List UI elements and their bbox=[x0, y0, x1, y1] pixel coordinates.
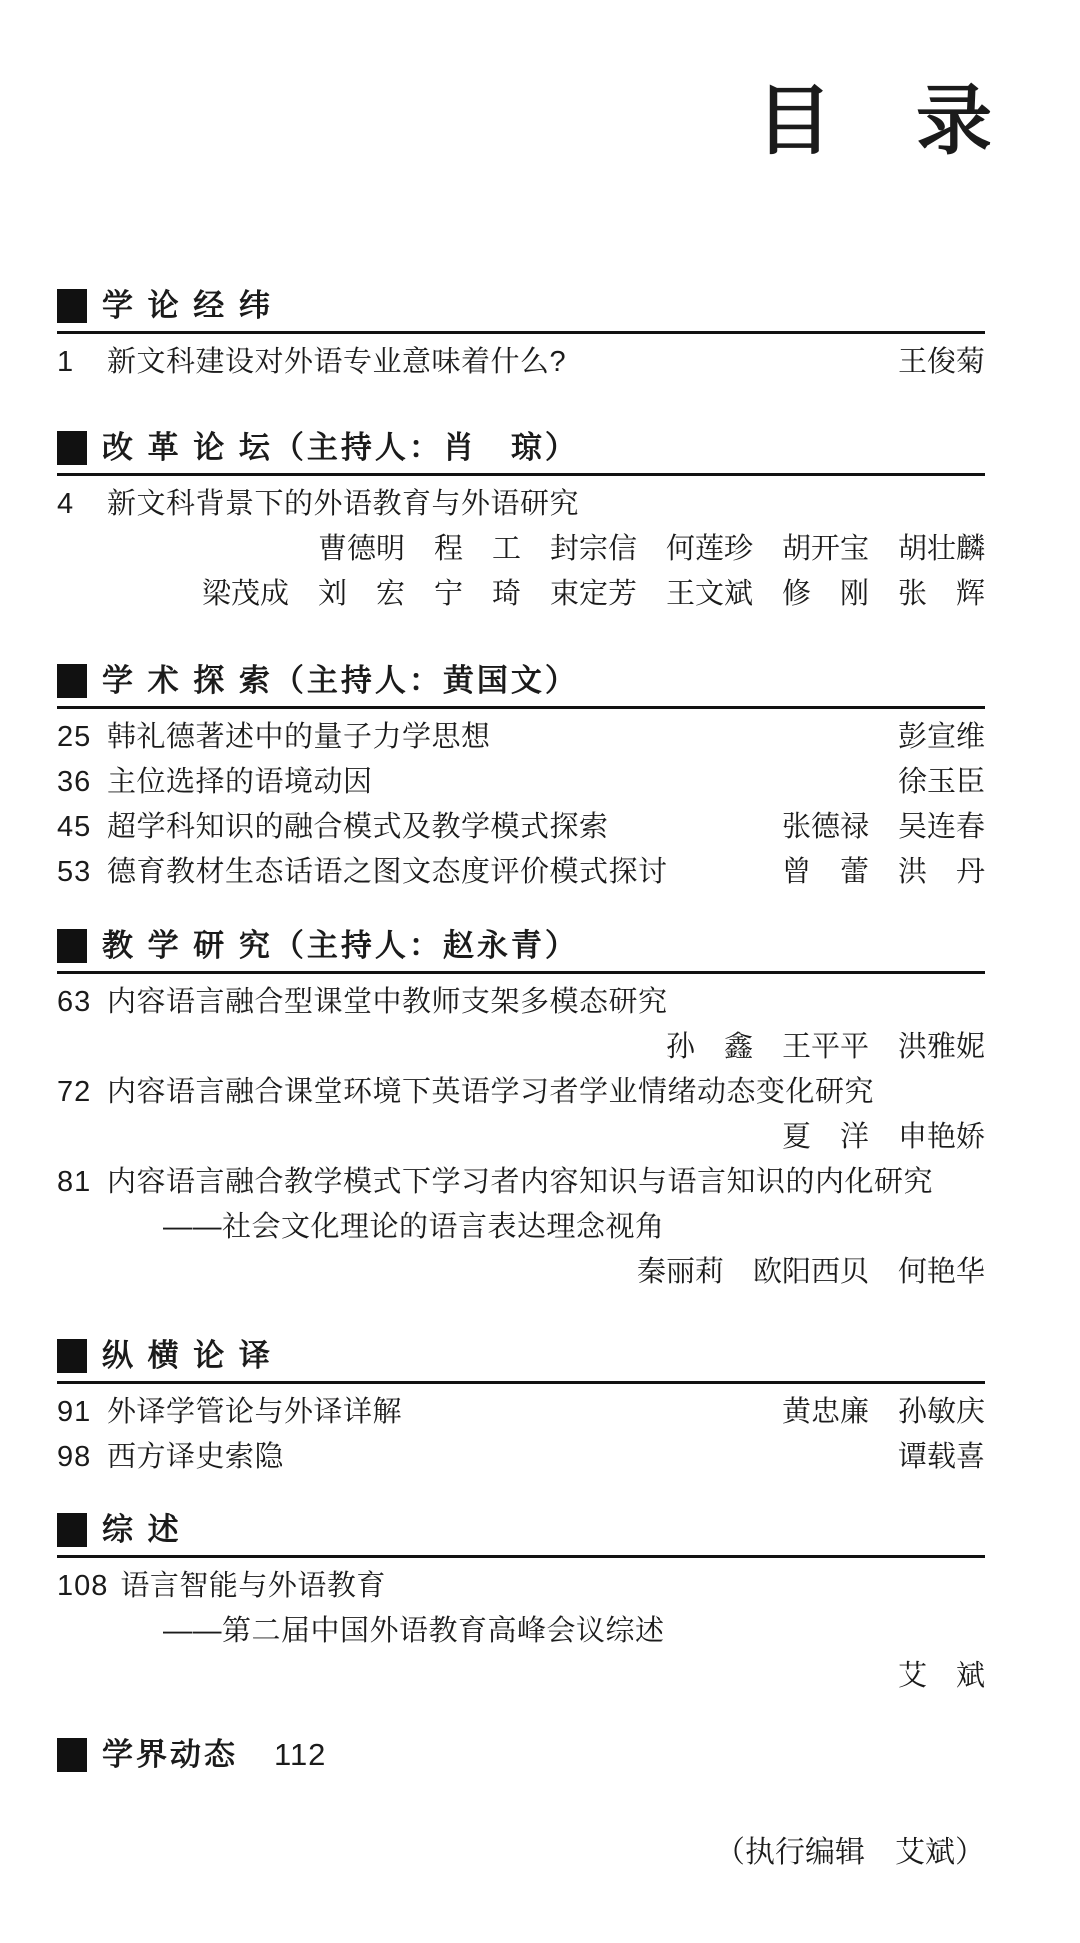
entry-authors: 曾 蕾 洪 丹 bbox=[782, 850, 985, 895]
toc-entry: 98 西方译史索隐 谭载喜 bbox=[57, 1435, 985, 1480]
section-zonghenglunyi: 纵 横 论 译 91 外译学管论与外译详解 黄忠廉 孙敏庆 98 西方译史索隐 … bbox=[57, 1336, 985, 1480]
toc-entry: 25 韩礼德著述中的量子力学思想 彭宣维 bbox=[57, 715, 985, 760]
section-heading-label: 改 革 论 坛（主持人：肖 琼） bbox=[102, 428, 579, 468]
section-xueshutansuo: 学 术 探 索（主持人：黄国文） 25 韩礼德著述中的量子力学思想 彭宣维 36… bbox=[57, 661, 985, 895]
entry-subtitle: ——第二届中国外语教育高峰会议综述 bbox=[57, 1609, 985, 1654]
entry-page-number: 81 bbox=[57, 1160, 95, 1205]
section-jiaoxueyanjiu: 教 学 研 究（主持人：赵永青） 63 内容语言融合型课堂中教师支架多模态研究 … bbox=[57, 926, 985, 1295]
entry-title: 德育教材生态话语之图文态度评价模式探讨 bbox=[107, 850, 762, 895]
author-line: 梁茂成 刘 宏 宁 琦 束定芳 王文斌 修 刚 张 辉 bbox=[57, 572, 985, 617]
entry-page-number: 98 bbox=[57, 1435, 95, 1480]
section-heading: 教 学 研 究（主持人：赵永青） bbox=[57, 926, 985, 966]
toc-entry: 53 德育教材生态话语之图文态度评价模式探讨 曾 蕾 洪 丹 bbox=[57, 850, 985, 895]
section-gaigeluntan: 改 革 论 坛（主持人：肖 琼） 4 新文科背景下的外语教育与外语研究 曹德明 … bbox=[57, 428, 985, 617]
section-heading-label: 教 学 研 究（主持人：赵永青） bbox=[102, 926, 579, 966]
toc-entry: 108 语言智能与外语教育 bbox=[57, 1564, 985, 1609]
entry-title: 韩礼德著述中的量子力学思想 bbox=[107, 715, 878, 760]
entry-title: 内容语言融合型课堂中教师支架多模态研究 bbox=[107, 980, 985, 1025]
section-bullet-icon bbox=[57, 431, 87, 465]
section-heading: 学 术 探 索（主持人：黄国文） bbox=[57, 661, 985, 701]
section-heading: 综 述 bbox=[57, 1510, 985, 1550]
section-rule bbox=[57, 473, 985, 476]
entry-title: 内容语言融合教学模式下学习者内容知识与语言知识的内化研究 bbox=[107, 1160, 985, 1205]
section-bullet-icon bbox=[57, 289, 87, 323]
section-xuejiedongtai: 学界动态 112 bbox=[57, 1735, 985, 1775]
section-rule bbox=[57, 706, 985, 709]
entry-page-number: 4 bbox=[57, 482, 95, 527]
section-page-number: 112 bbox=[274, 1735, 326, 1775]
toc-page: 目 录 学 论 经 纬 1 新文科建设对外语专业意味着什么? 王俊菊 改 革 论… bbox=[0, 0, 1080, 1943]
toc-entry: 91 外译学管论与外译详解 黄忠廉 孙敏庆 bbox=[57, 1390, 985, 1435]
section-heading-label: 学 论 经 纬 bbox=[102, 286, 273, 326]
entry-title: 主位选择的语境动因 bbox=[107, 760, 878, 805]
section-bullet-icon bbox=[57, 929, 87, 963]
entry-authors: 谭载喜 bbox=[898, 1435, 985, 1480]
section-rule bbox=[57, 1555, 985, 1558]
entry-authors: 张德禄 吴连春 bbox=[782, 805, 985, 850]
section-bullet-icon bbox=[57, 1339, 87, 1373]
section-bullet-icon bbox=[57, 664, 87, 698]
author-line: 秦丽莉 欧阳西贝 何艳华 bbox=[57, 1250, 985, 1295]
author-line: 夏 洋 申艳娇 bbox=[57, 1115, 985, 1160]
section-heading: 纵 横 论 译 bbox=[57, 1336, 985, 1376]
entry-page-number: 108 bbox=[57, 1564, 108, 1609]
entry-page-number: 91 bbox=[57, 1390, 95, 1435]
author-line: 艾 斌 bbox=[57, 1654, 985, 1699]
entry-page-number: 1 bbox=[57, 340, 95, 385]
section-heading: 学 论 经 纬 bbox=[57, 286, 985, 326]
entry-authors: 黄忠廉 孙敏庆 bbox=[782, 1390, 985, 1435]
entry-title: 新文科背景下的外语教育与外语研究 bbox=[107, 482, 985, 527]
section-rule bbox=[57, 331, 985, 334]
entry-page-number: 45 bbox=[57, 805, 95, 850]
entry-page-number: 25 bbox=[57, 715, 95, 760]
section-xuelunjingwei: 学 论 经 纬 1 新文科建设对外语专业意味着什么? 王俊菊 bbox=[57, 286, 985, 385]
author-line: 曹德明 程 工 封宗信 何莲珍 胡开宝 胡壮麟 bbox=[57, 527, 985, 572]
entry-page-number: 63 bbox=[57, 980, 95, 1025]
section-bullet-icon bbox=[57, 1513, 87, 1547]
toc-entry: 63 内容语言融合型课堂中教师支架多模态研究 bbox=[57, 980, 985, 1025]
section-heading-label: 学 术 探 索（主持人：黄国文） bbox=[102, 661, 579, 701]
entry-title: 西方译史索隐 bbox=[107, 1435, 878, 1480]
entry-authors: 王俊菊 bbox=[898, 340, 985, 385]
entry-subtitle: ——社会文化理论的语言表达理念视角 bbox=[57, 1205, 985, 1250]
entry-page-number: 53 bbox=[57, 850, 95, 895]
section-rule bbox=[57, 1381, 985, 1384]
entry-title: 新文科建设对外语专业意味着什么? bbox=[107, 340, 878, 385]
entry-title: 内容语言融合课堂环境下英语学习者学业情绪动态变化研究 bbox=[107, 1070, 985, 1115]
section-heading-label: 纵 横 论 译 bbox=[102, 1336, 273, 1376]
section-rule bbox=[57, 971, 985, 974]
entry-title: 语言智能与外语教育 bbox=[120, 1564, 985, 1609]
entry-authors: 彭宣维 bbox=[898, 715, 985, 760]
section-heading: 学界动态 112 bbox=[57, 1735, 985, 1775]
section-heading-label: 学界动态 bbox=[102, 1735, 238, 1775]
section-bullet-icon bbox=[57, 1738, 87, 1772]
entry-authors: 徐玉臣 bbox=[898, 760, 985, 805]
toc-entry: 72 内容语言融合课堂环境下英语学习者学业情绪动态变化研究 bbox=[57, 1070, 985, 1115]
entry-page-number: 36 bbox=[57, 760, 95, 805]
toc-entry: 81 内容语言融合教学模式下学习者内容知识与语言知识的内化研究 bbox=[57, 1160, 985, 1205]
author-line: 孙 鑫 王平平 洪雅妮 bbox=[57, 1025, 985, 1070]
page-title: 目 录 bbox=[756, 80, 996, 164]
entry-title: 外译学管论与外译详解 bbox=[107, 1390, 762, 1435]
entry-title: 超学科知识的融合模式及教学模式探索 bbox=[107, 805, 762, 850]
section-heading-label: 综 述 bbox=[102, 1510, 182, 1550]
toc-entry: 45 超学科知识的融合模式及教学模式探索 张德禄 吴连春 bbox=[57, 805, 985, 850]
toc-entry: 36 主位选择的语境动因 徐玉臣 bbox=[57, 760, 985, 805]
section-heading: 改 革 论 坛（主持人：肖 琼） bbox=[57, 428, 985, 468]
executive-editor-note: （执行编辑 艾斌） bbox=[715, 1830, 985, 1875]
toc-entry: 1 新文科建设对外语专业意味着什么? 王俊菊 bbox=[57, 340, 985, 385]
toc-entry: 4 新文科背景下的外语教育与外语研究 bbox=[57, 482, 985, 527]
section-zongshu: 综 述 108 语言智能与外语教育 ——第二届中国外语教育高峰会议综述 艾 斌 bbox=[57, 1510, 985, 1699]
entry-page-number: 72 bbox=[57, 1070, 95, 1115]
